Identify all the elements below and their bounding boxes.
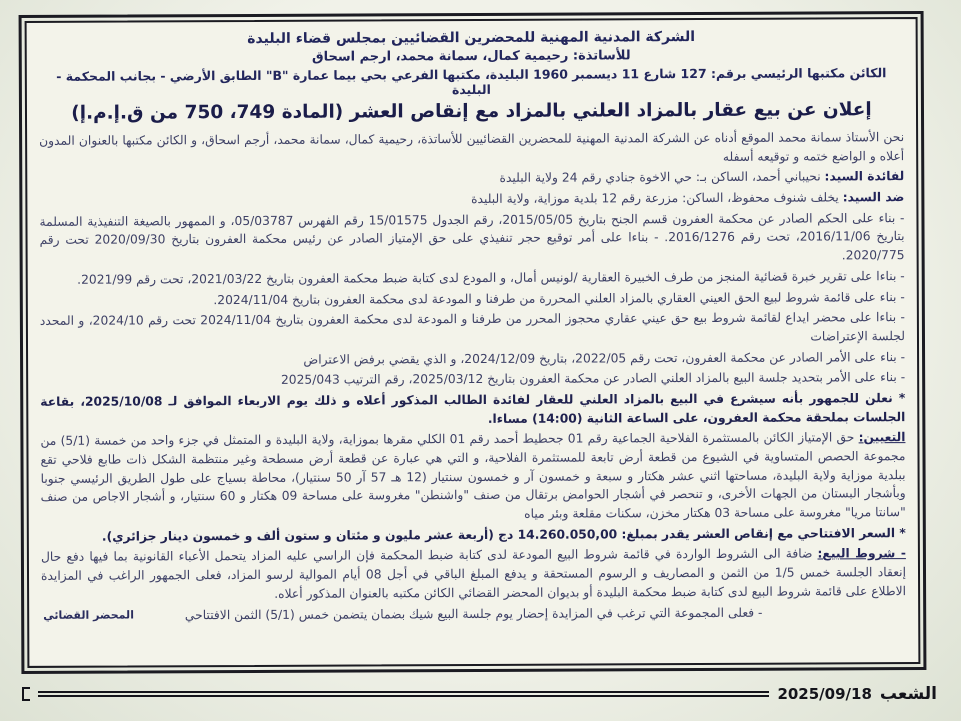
document-body: نحن الأستاذ سمانة محمد الموقع أدناه عن ا…: [39, 128, 906, 625]
beneficiary-label: لفائدة السيد:: [825, 169, 905, 183]
defendant-label: ضد السيد:: [843, 190, 905, 204]
beneficiary-text: نحيباني أحمد، الساكن بـ: حي الاخوة جنادي…: [499, 170, 824, 185]
whereas-item: - بناء على قائمة شروط لبيع الحق العيني ا…: [40, 288, 905, 310]
opening-price-line: * السعر الافتتاحي مع إنقاص العشر يقدر بم…: [41, 524, 906, 546]
whereas-item: - بناء على الأمر بتحديد جلسة البيع بالمز…: [40, 368, 905, 390]
whereas-item: - بناءا على تقرير خبرة قضائية المنجز من …: [40, 267, 905, 289]
scanned-legal-notice-page: { "colors": { "paper": "#f3f3ea", "page_…: [0, 0, 961, 721]
document-paper: الشركة المدنية المهنية للمحضرين القضائيي…: [25, 17, 921, 668]
footer-rule-end-bracket: [22, 687, 30, 701]
final-note: - فعلى المجموعة التي ترغب في المزايدة إح…: [41, 603, 906, 625]
defendant-line: ضد السيد: يخلف شنوف محفوظ، الساكن: مزرعة…: [39, 188, 904, 210]
whereas-item: - بناء على الحكم الصادر عن محكمة العفرون…: [39, 209, 904, 269]
document-border-frame: الشركة المدنية المهنية للمحضرين القضائيي…: [19, 11, 927, 674]
footer-double-rule: [38, 691, 769, 697]
sale-conditions-label: - شروط البيع:: [817, 547, 905, 561]
beneficiary-line: لفائدة السيد: نحيباني أحمد، الساكن بـ: ح…: [39, 167, 904, 189]
bailiff-signature-label: المحضر القضائي: [43, 608, 134, 621]
auction-date-announcement: * نعلن للجمهور بأنه سيشرع في البيع بالمز…: [40, 389, 905, 430]
intro-paragraph: نحن الأستاذ سمانة محمد الموقع أدناه عن ا…: [39, 128, 904, 169]
footer-text: الشعب 2025/09/18: [777, 684, 937, 704]
announcement-title: إعلان عن بيع عقار بالمزاد العلني بالمزاد…: [39, 99, 904, 124]
designation-paragraph: التعيين: حق الإمتياز الكائن بالمستثمرة ا…: [40, 428, 905, 525]
designation-label: التعيين:: [859, 430, 906, 444]
closing-row: - فعلى المجموعة التي ترغب في المزايدة إح…: [41, 603, 906, 625]
newspaper-footer: الشعب 2025/09/18: [22, 683, 937, 705]
designation-text: حق الإمتياز الكائن بالمستثمرة الفلاحية ا…: [40, 431, 905, 521]
office-address-line: الكائن مكتبها الرئيسي برقم: 127 شارع 11 …: [39, 65, 904, 99]
organization-name: الشركة المدنية المهنية للمحضرين القضائيي…: [39, 28, 904, 48]
sale-conditions-text: ضافة الى الشروط الواردة في قائمة شروط ال…: [41, 547, 906, 601]
whereas-item: - بناءا على محضر ايداع لقائمة شروط بيع ح…: [40, 308, 905, 349]
document-header: الشركة المدنية المهنية للمحضرين القضائيي…: [39, 28, 904, 124]
publication-date: 2025/09/18: [777, 685, 871, 703]
defendant-text: يخلف شنوف محفوظ، الساكن: مزرعة رقم 12 بل…: [471, 190, 843, 206]
attorneys-line: للأساتذة: رحيمية كمال، سمانة محمد، ارجم …: [39, 47, 904, 66]
sale-conditions-paragraph: - شروط البيع: ضافة الى الشروط الواردة في…: [41, 545, 906, 605]
whereas-item: - بناء على الأمر الصادر عن محكمة العفرون…: [40, 348, 905, 370]
newspaper-name: الشعب: [880, 684, 937, 704]
